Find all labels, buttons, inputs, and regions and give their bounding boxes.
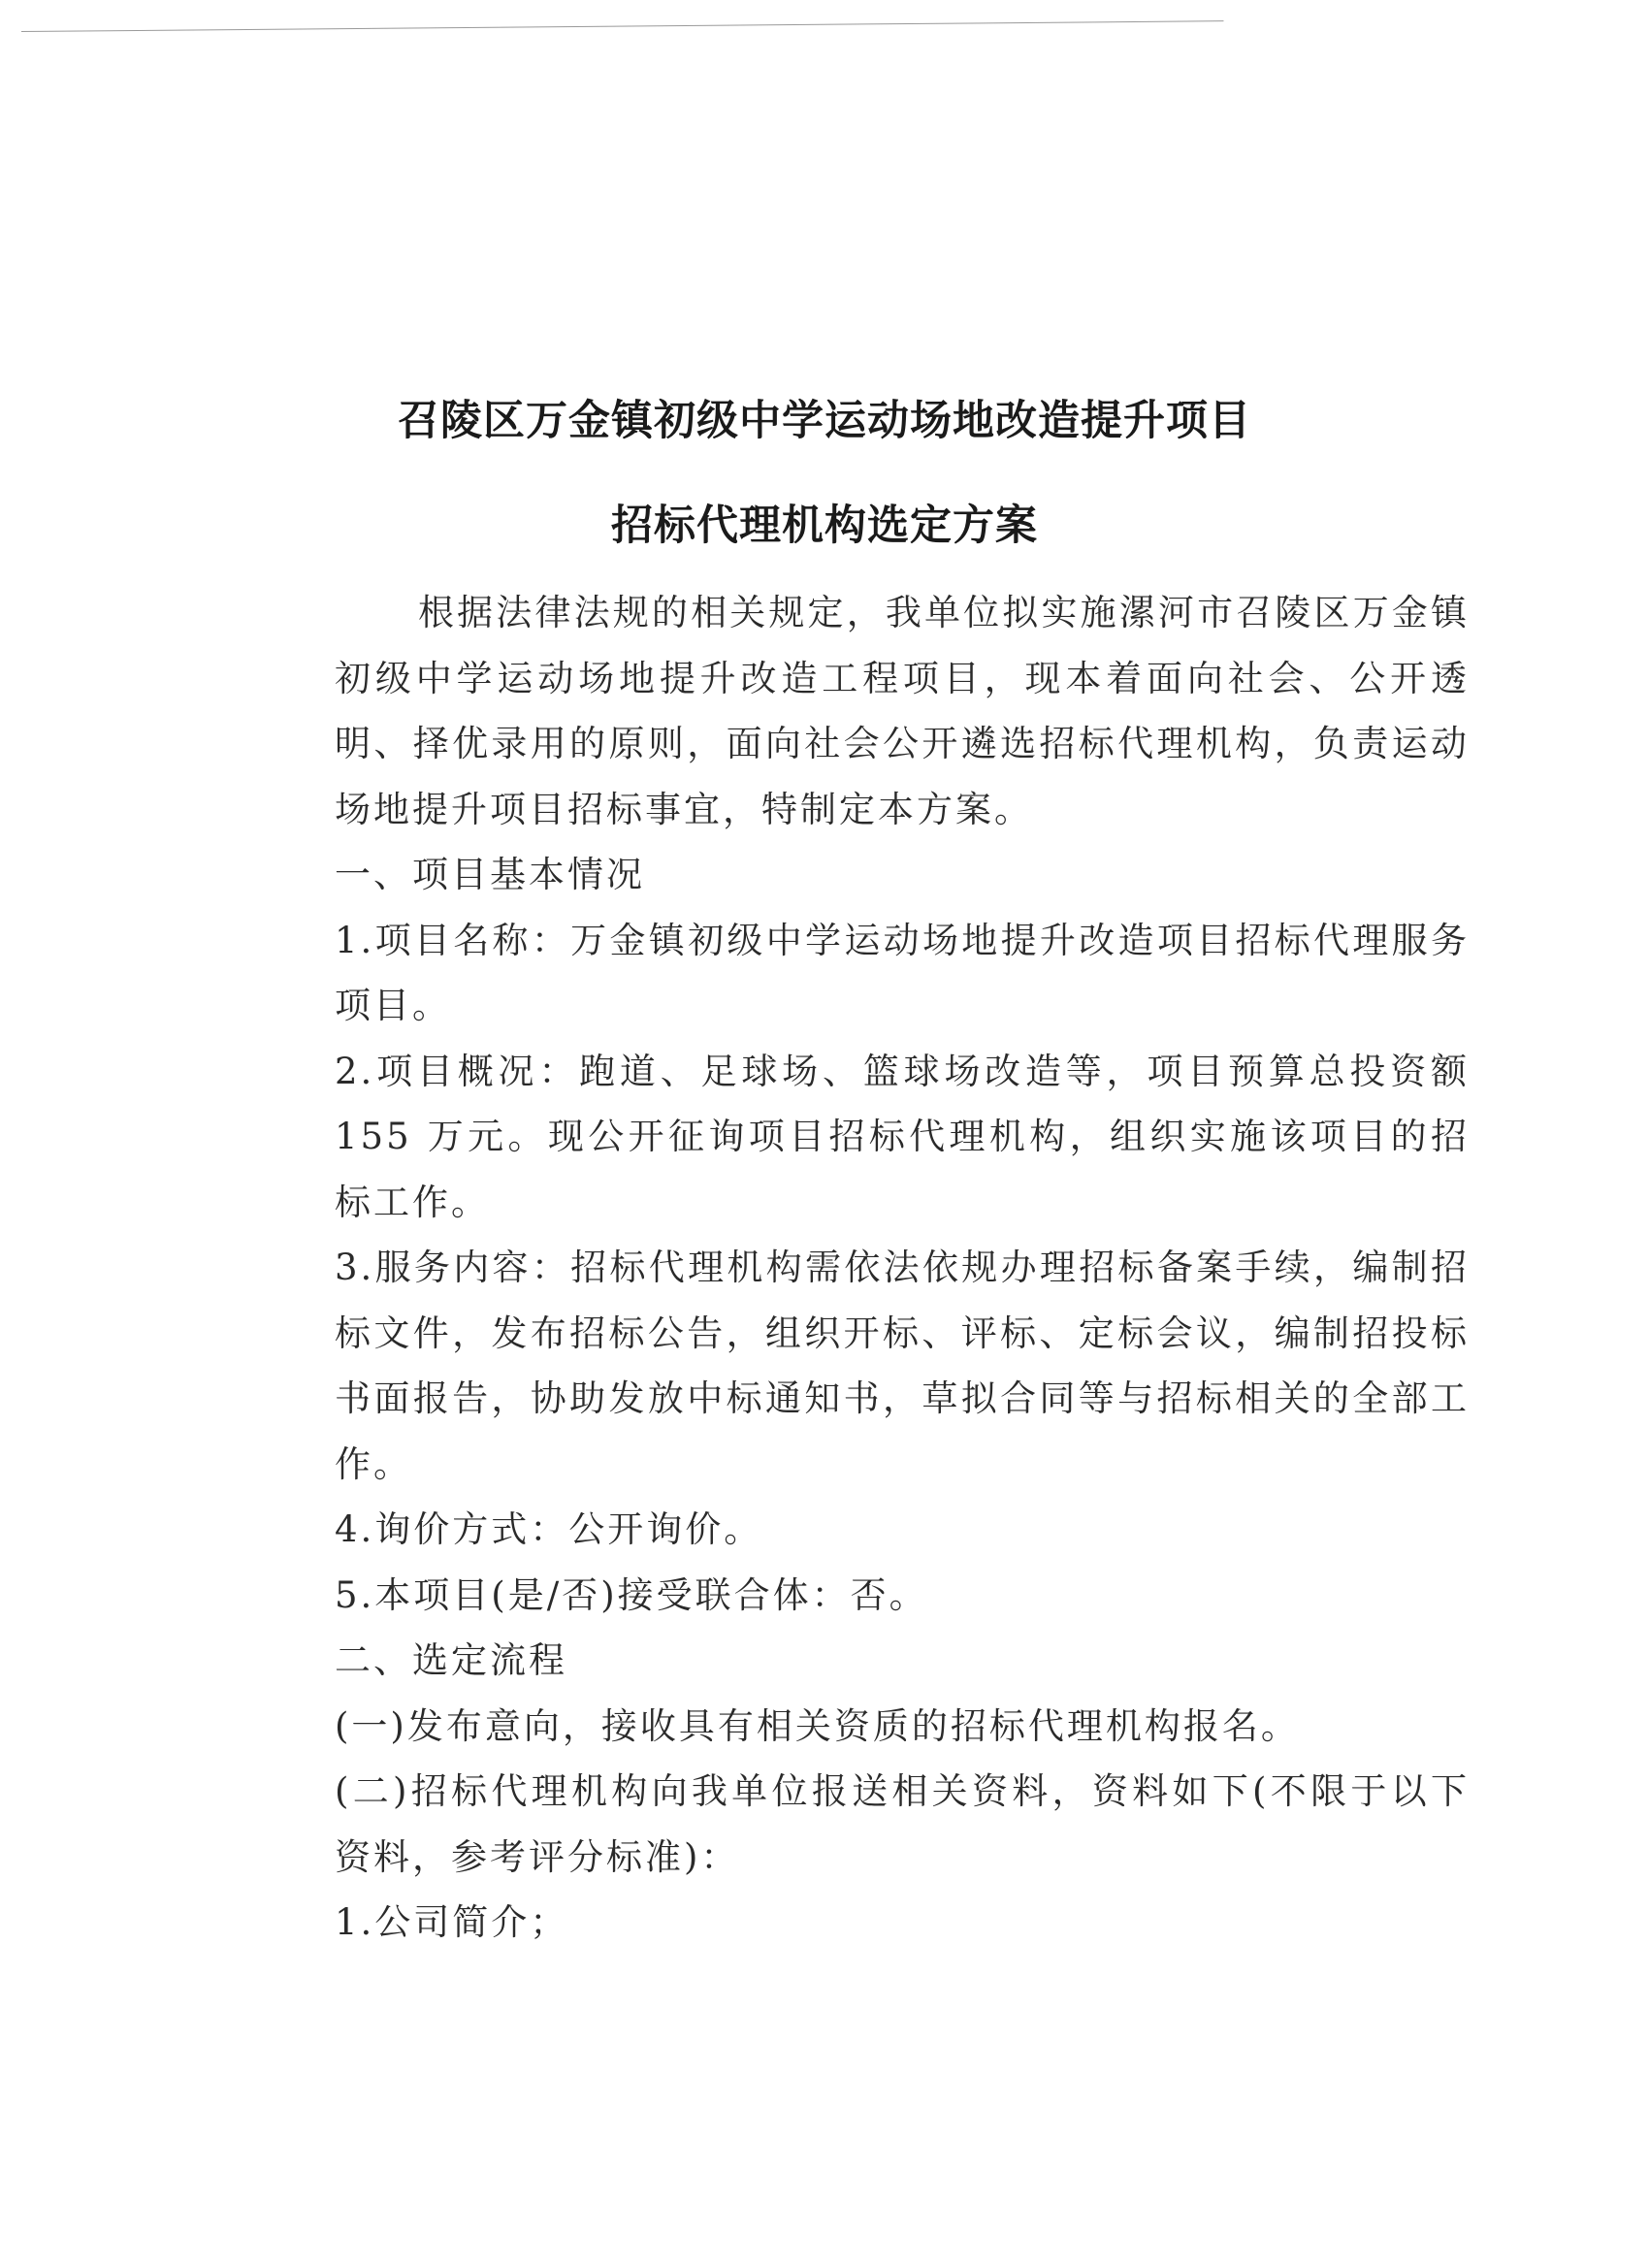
section-2-item-3: 1.公司简介； xyxy=(335,1890,1470,1956)
section-1-heading: 一、项目基本情况 xyxy=(335,842,1470,908)
section-2-item-2: (二)招标代理机构向我单位报送相关资料，资料如下(不限于以下资料，参考评分标准)… xyxy=(335,1759,1470,1890)
section-2-item-1: (一)发布意向，接收具有相关资质的招标代理机构报名。 xyxy=(335,1694,1470,1760)
section-1-item-4: 4.询价方式：公开询价。 xyxy=(335,1497,1470,1563)
section-2-heading: 二、选定流程 xyxy=(335,1628,1470,1694)
section-1-item-5: 5.本项目(是/否)接受联合体：否。 xyxy=(335,1563,1470,1629)
document-title-line-1: 召陵区万金镇初级中学运动场地改造提升项目 xyxy=(0,388,1649,447)
document-title-line-2: 招标代理机构选定方案 xyxy=(0,493,1649,552)
intro-paragraph: 根据法律法规的相关规定，我单位拟实施漯河市召陵区万金镇初级中学运动场地提升改造工… xyxy=(335,580,1470,842)
document-body: 根据法律法规的相关规定，我单位拟实施漯河市召陵区万金镇初级中学运动场地提升改造工… xyxy=(335,580,1470,1956)
document-page: 召陵区万金镇初级中学运动场地改造提升项目 招标代理机构选定方案 根据法律法规的相… xyxy=(0,0,1649,2268)
section-1-item-2: 2.项目概况：跑道、足球场、篮球场改造等，项目预算总投资额 155 万元。现公开… xyxy=(335,1039,1470,1236)
section-1-item-1: 1.项目名称：万金镇初级中学运动场地提升改造项目招标代理服务项目。 xyxy=(335,908,1470,1039)
section-1-item-3: 3.服务内容：招标代理机构需依法依规办理招标备案手续，编制招标文件，发布招标公告… xyxy=(335,1235,1470,1497)
